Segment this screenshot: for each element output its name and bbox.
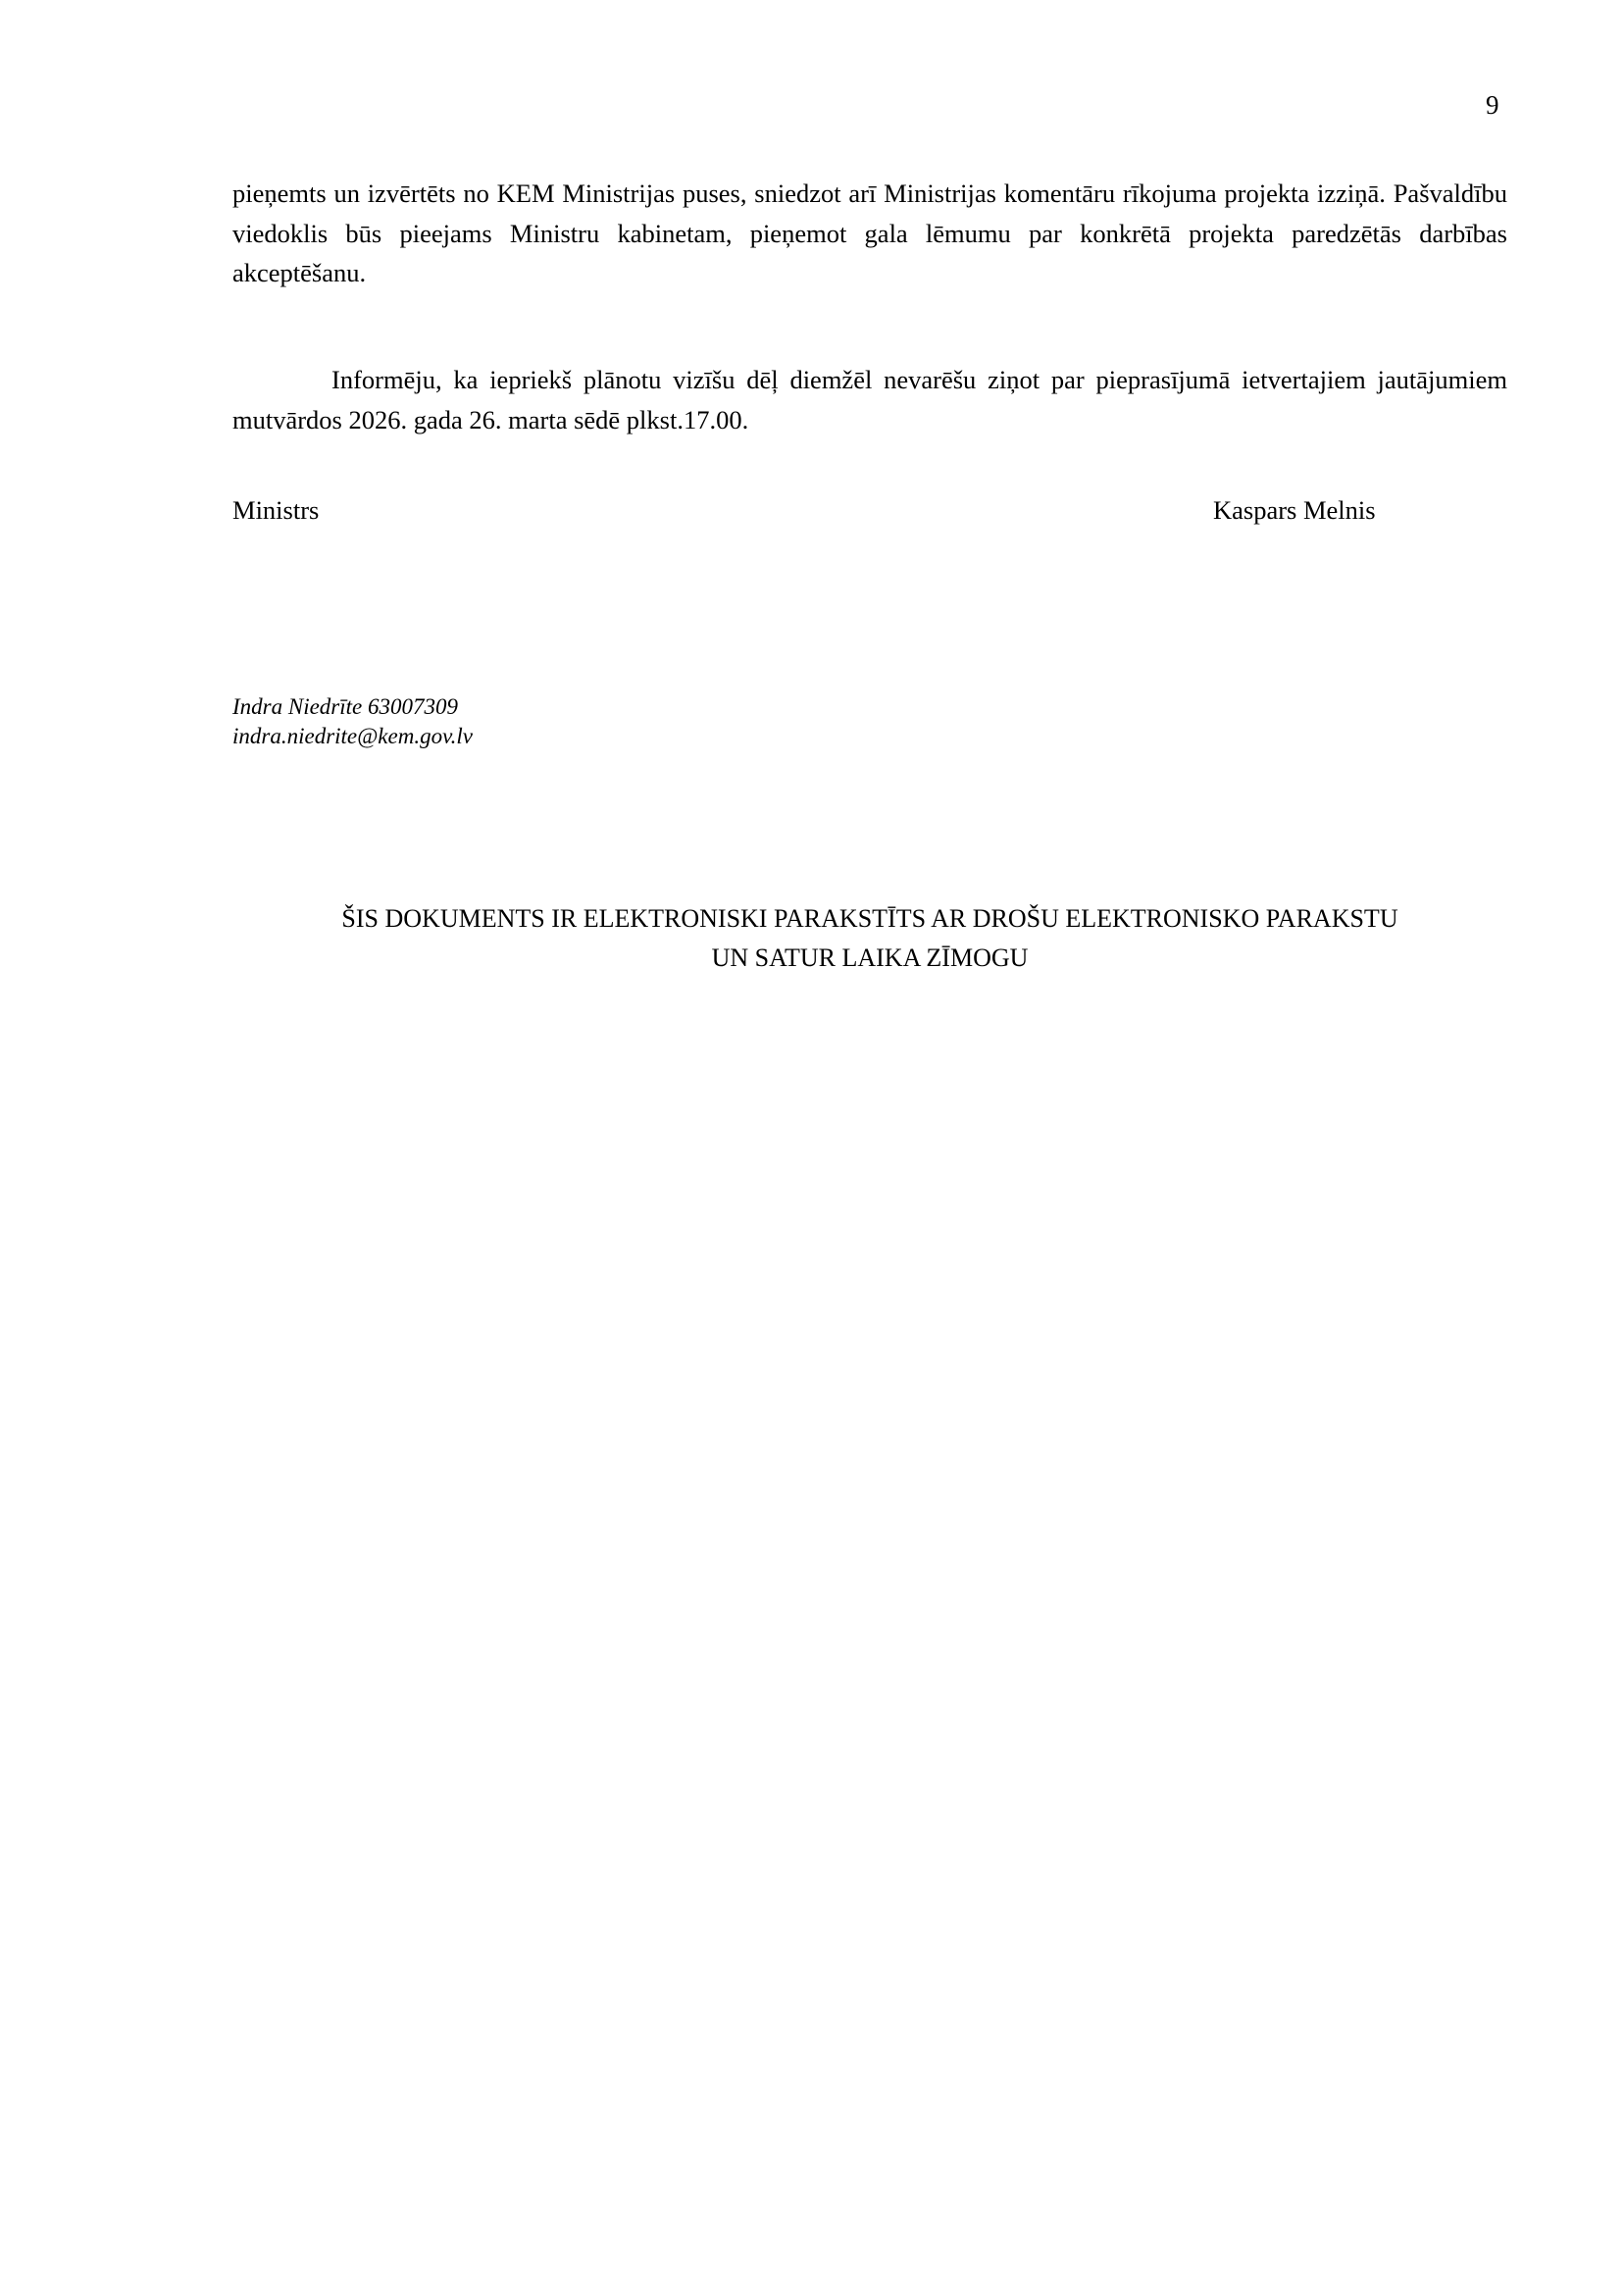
paragraph-municipal-opinion: pieņemts un izvērtēts no KEM Ministrijas…: [232, 174, 1507, 293]
contact-block: Indra Niedrīte 63007309 indra.niedrite@k…: [232, 692, 473, 751]
electronic-signature-notice: ŠIS DOKUMENTS IR ELEKTRONISKI PARAKSTĪTS…: [232, 899, 1507, 978]
signature-block: Ministrs Kaspars Melnis: [232, 490, 1507, 530]
contact-email: indra.niedrite@kem.gov.lv: [232, 722, 473, 751]
notice-line-1: ŠIS DOKUMENTS IR ELEKTRONISKI PARAKSTĪTS…: [232, 899, 1507, 939]
paragraph-inability-to-report: Informēju, ka iepriekš plānotu vizīšu dē…: [232, 360, 1507, 439]
signatory-name: Kaspars Melnis: [1213, 490, 1376, 530]
contact-name-phone: Indra Niedrīte 63007309: [232, 692, 473, 722]
signatory-role: Ministrs: [232, 490, 319, 530]
page-number: 9: [1486, 90, 1499, 120]
notice-line-2: UN SATUR LAIKA ZĪMOGU: [232, 939, 1507, 978]
